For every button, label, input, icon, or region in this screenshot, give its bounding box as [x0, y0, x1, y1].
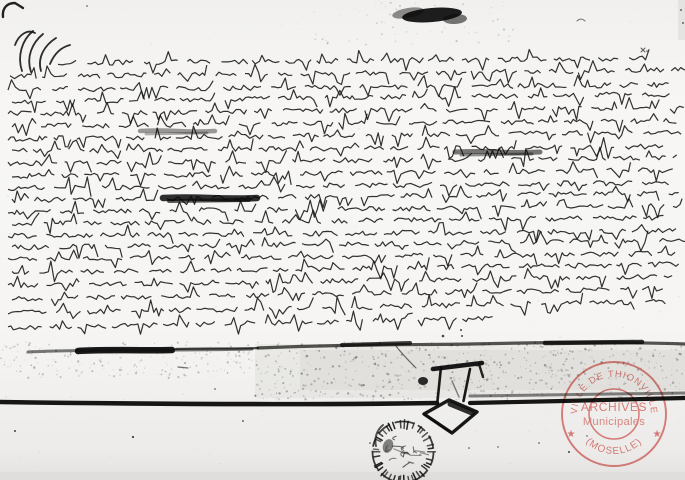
archive-stamp: VILLE DE THIONVILLE ARCHIVES Municipales… [0, 0, 685, 480]
charter-scan: VILLE DE THIONVILLE ARCHIVES Municipales… [0, 0, 685, 480]
stamp-star-left-icon: ★ [567, 429, 576, 440]
stamp-star-right-icon: ★ [653, 429, 662, 440]
stamp-inner-circle [589, 389, 639, 439]
stamp-center-text-municipales: Municipales [583, 416, 645, 428]
stamp-center-text-archives: ARCHIVES [581, 400, 647, 414]
